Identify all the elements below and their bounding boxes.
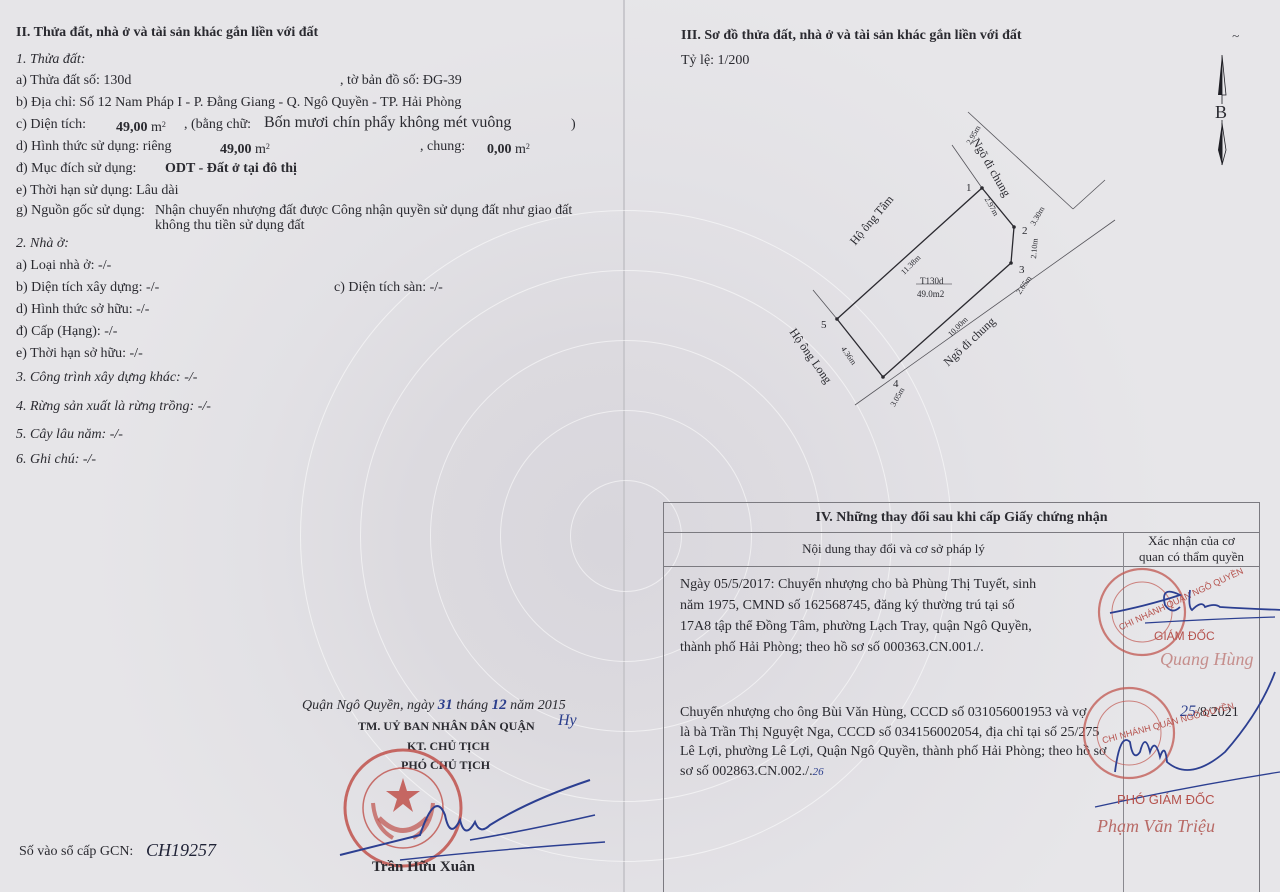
entry2-line2: là bà Trần Thị Nguyệt Nga, CCCD số 03415… bbox=[680, 723, 1106, 743]
col-confirm-line1: Xác nhận của cơ bbox=[1124, 533, 1259, 549]
col-content-header: Nội dung thay đổi và cơ sở pháp lý bbox=[664, 532, 1123, 566]
approver2-title: PHÓ GIÁM ĐỐC bbox=[1117, 792, 1215, 807]
point-5: 5 bbox=[821, 317, 827, 333]
approver2-name: Phạm Văn Triệu bbox=[1097, 816, 1215, 837]
change-entry-2: Chuyển nhượng cho ông Bùi Văn Hùng, CCCD… bbox=[680, 703, 1106, 782]
signature-entry-2 bbox=[1095, 672, 1280, 812]
approver1-title: GIÁM ĐỐC bbox=[1154, 629, 1215, 643]
edge-2-3-length: 2.10m bbox=[1026, 238, 1044, 260]
margin-scribble: ~ bbox=[1232, 28, 1239, 44]
entry2-line1: Chuyển nhượng cho ông Bùi Văn Hùng, CCCD… bbox=[680, 703, 1106, 723]
point-2: 2 bbox=[1022, 223, 1028, 239]
entry2-line4: sơ số 002863.CN.002./.26 bbox=[680, 762, 1106, 783]
changes-title: IV. Những thay đổi sau khi cấp Giấy chứn… bbox=[664, 502, 1259, 533]
entry1-line3: 17A8 tập thể Đồng Tâm, phường Lạch Tray,… bbox=[680, 616, 1036, 637]
entry1-line1: Ngày 05/5/2017: Chuyển nhượng cho bà Phù… bbox=[680, 574, 1036, 595]
approver1-name: Quang Hùng bbox=[1160, 649, 1254, 670]
entry2-handwritten-suffix: 26 bbox=[813, 766, 824, 778]
col-confirm-header: Xác nhận của cơ quan có thẩm quyền bbox=[1124, 532, 1259, 567]
entry2-line3: Lê Lợi, phường Lê Lợi, Quận Ngô Quyền, t… bbox=[680, 742, 1106, 762]
entry2-line4-text: sơ số 002863.CN.002./. bbox=[680, 764, 813, 779]
change-entry-1: Ngày 05/5/2017: Chuyển nhượng cho bà Phù… bbox=[680, 574, 1036, 658]
entry1-line4: thành phố Hải Phòng; theo hồ sơ số 00036… bbox=[680, 637, 1036, 658]
signature-entry-1 bbox=[1110, 585, 1280, 625]
col-confirm-line2: quan có thẩm quyền bbox=[1124, 549, 1259, 565]
parcel-area: 49.0m2 bbox=[917, 286, 944, 302]
entry1-line2: năm 1975, CMND số 162568745, đăng ký thư… bbox=[680, 595, 1036, 616]
point-1: 1 bbox=[966, 180, 972, 196]
